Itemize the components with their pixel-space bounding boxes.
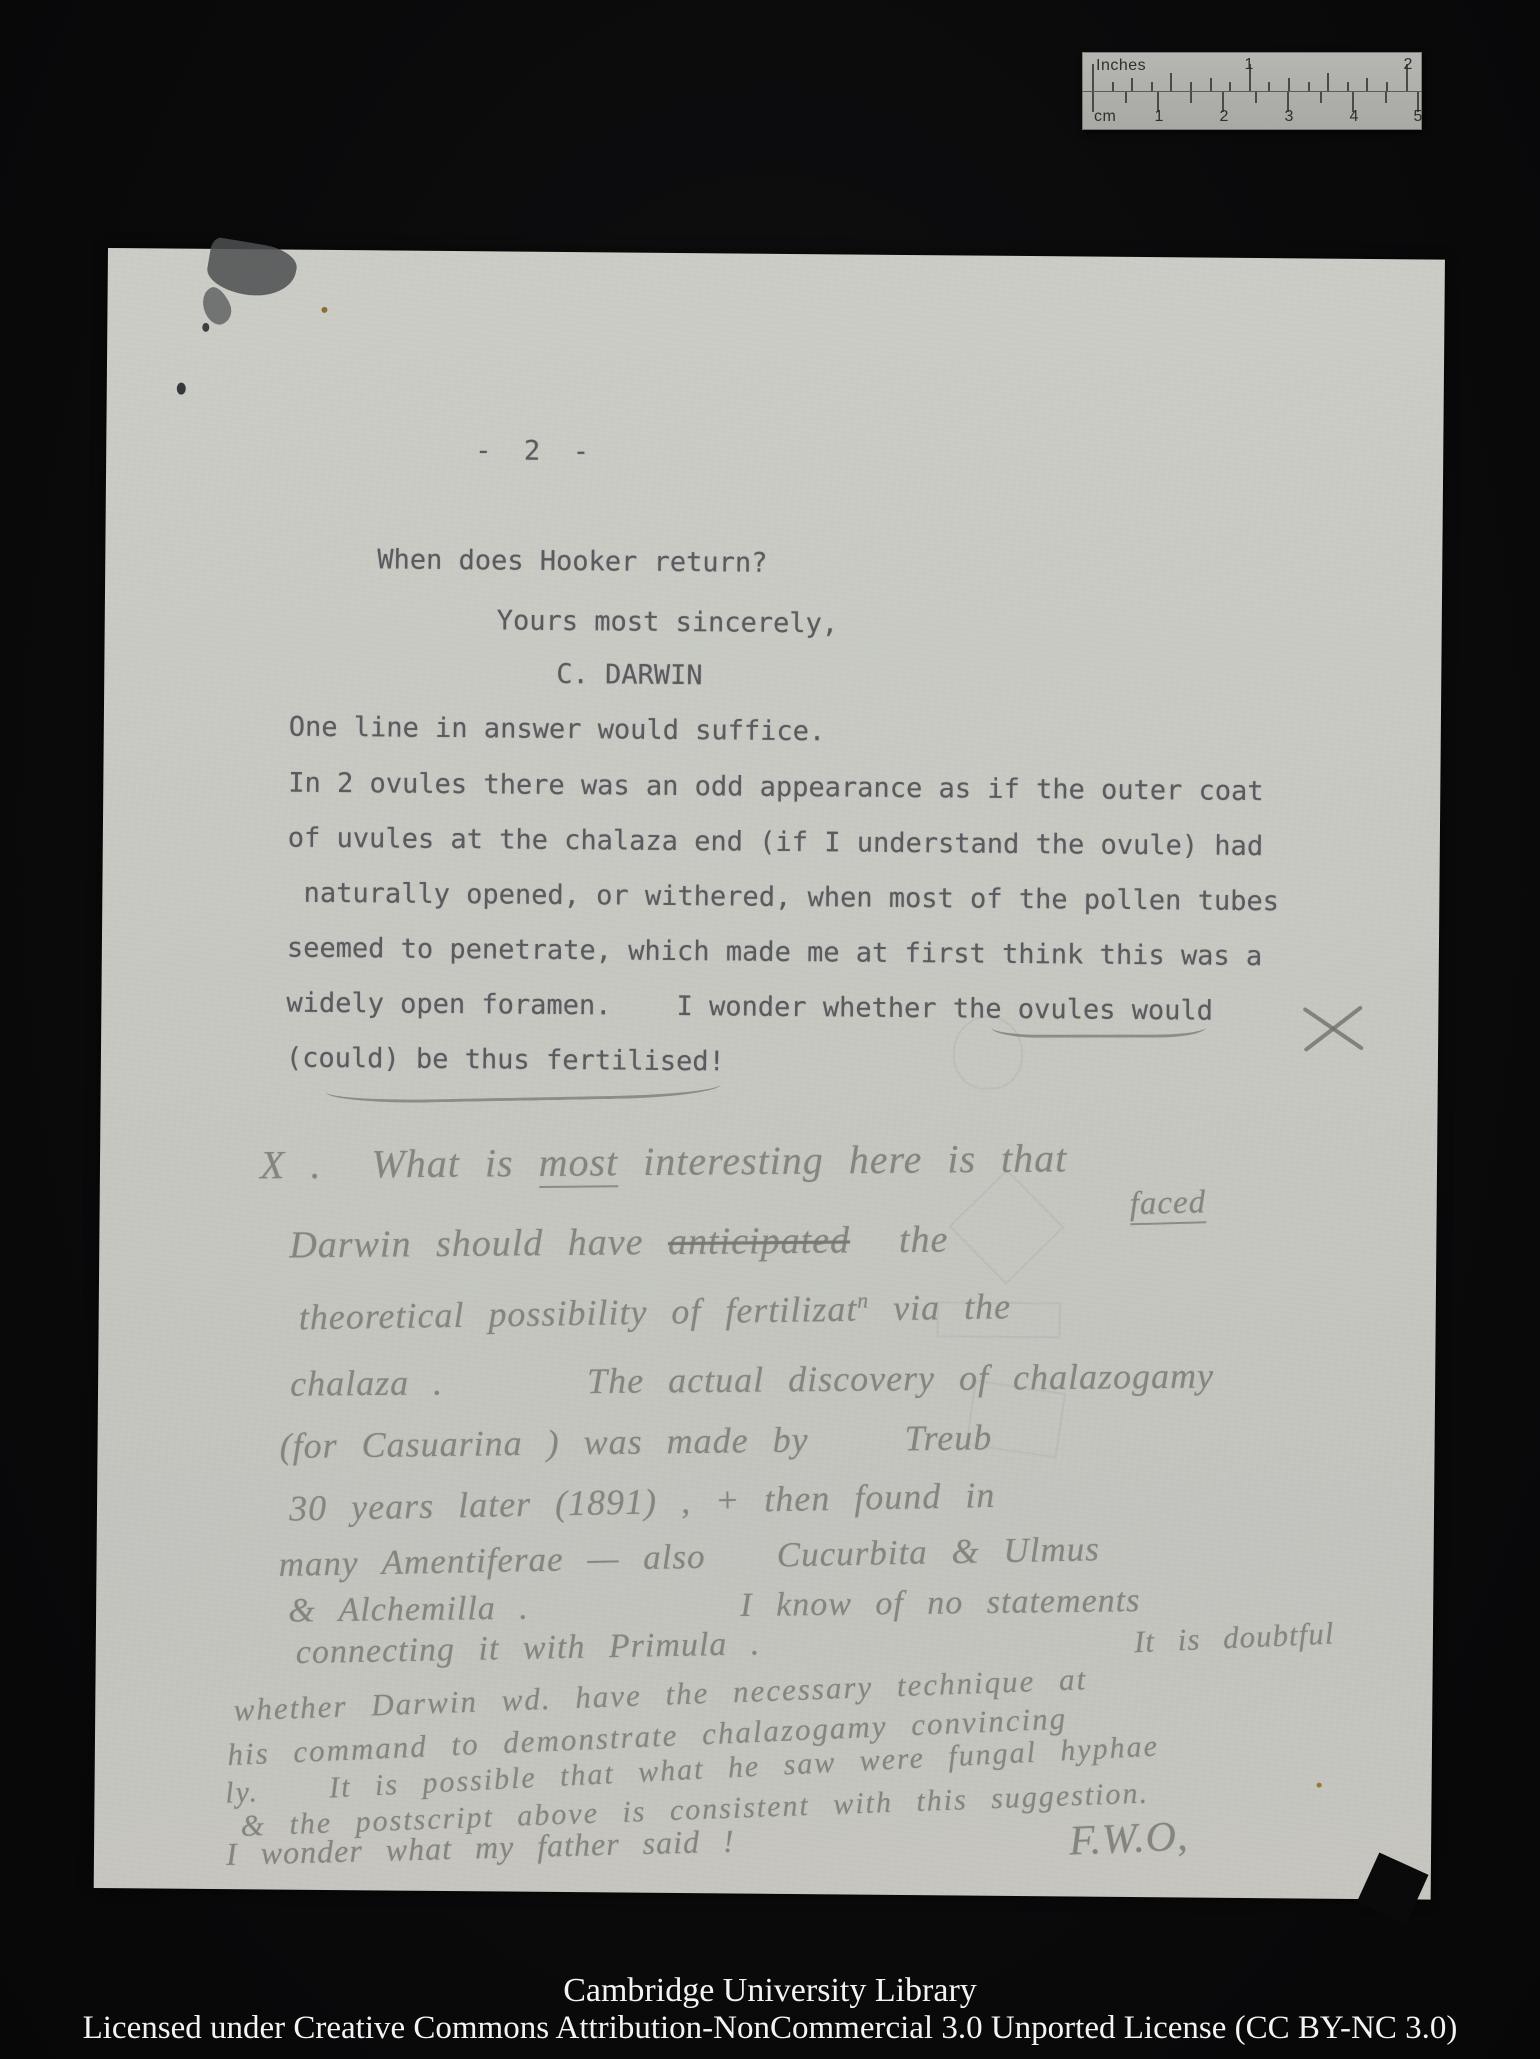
handwriting-line: 30 years later (1891) , + then found in xyxy=(289,1474,996,1530)
ruler-inches-label: Inches xyxy=(1096,57,1146,75)
stain-dot xyxy=(1317,1783,1322,1788)
typed-line: When does Hooker return? xyxy=(377,543,767,580)
ruler-cm-label: cm xyxy=(1094,108,1116,126)
ruler-inch-number: 1 xyxy=(1245,56,1254,74)
measuring-ruler: Inches 1 2 cm 1 2 3 4 5 xyxy=(1082,52,1422,130)
footer-license: Licensed under Creative Commons Attribut… xyxy=(0,2010,1540,2047)
handwriting-line: connecting it with Primula . xyxy=(295,1625,760,1672)
stain-dot xyxy=(321,307,327,313)
ruler-baseline xyxy=(1082,91,1422,92)
typed-line: One line in answer would suffice. xyxy=(289,711,826,750)
typed-line: naturally opened, or withered, when most… xyxy=(287,877,1279,920)
pencil-underline-ovules xyxy=(991,1016,1206,1037)
ruler-cm-number: 2 xyxy=(1220,108,1229,126)
typed-line: seemed to penetrate, which made me at fi… xyxy=(287,932,1263,975)
ruler-cm-scale xyxy=(1082,92,1422,130)
stain-dot xyxy=(202,323,209,332)
handwriting-line: X . What is most interesting here is tha… xyxy=(260,1134,1068,1188)
handwriting-line: Darwin should have anticipated the xyxy=(289,1218,948,1268)
ruler-cm-number: 3 xyxy=(1285,108,1294,126)
typed-line: Yours most sincerely, xyxy=(497,604,839,641)
handwriting-line: It is doubtful xyxy=(1133,1616,1335,1661)
scan-page: Inches 1 2 cm 1 2 3 4 5 - 2 - When does … xyxy=(0,0,1540,2059)
annotation-lead: X . xyxy=(260,1142,322,1188)
struck-word: anticipated xyxy=(668,1219,850,1263)
typed-line: C. DARWIN xyxy=(556,658,703,693)
handwriting-line: & Alchemilla . I know of no statements xyxy=(288,1582,1141,1630)
letter-page: - 2 - When does Hooker return? Yours mos… xyxy=(94,248,1445,1900)
ruler-cm-number: 1 xyxy=(1155,108,1164,126)
handwriting-line: many Amentiferae — also Cucurbita & Ulmu… xyxy=(278,1529,1100,1585)
page-number: - 2 - xyxy=(475,434,589,469)
pencil-underline-fertilised xyxy=(325,1072,720,1105)
ruler-inch-number: 2 xyxy=(1404,56,1413,74)
underlined-word: most xyxy=(538,1139,618,1188)
typed-line: In 2 ovules there was an odd appearance … xyxy=(288,767,1264,810)
ruler-cm-number: 4 xyxy=(1350,108,1359,126)
handwriting-line: theoretical possibility of fertilizatn v… xyxy=(298,1285,1011,1338)
stain-dot xyxy=(177,383,186,395)
annotator-signature: F.W.O, xyxy=(1068,1812,1189,1865)
typed-line: of uvules at the chalaza end (if I under… xyxy=(288,822,1264,865)
ruler-cm-number: 5 xyxy=(1414,108,1423,126)
paper-notch xyxy=(1357,1853,1429,1925)
embossed-watermark xyxy=(949,1169,1065,1285)
handwriting-line: chalaza . The actual discovery of chalaz… xyxy=(290,1355,1214,1405)
handwriting-insertion: faced xyxy=(1129,1184,1206,1223)
handwriting-line: (for Casuarina ) was made by Treub xyxy=(279,1416,992,1467)
footer-credit: Cambridge University Library xyxy=(0,1972,1540,2010)
x-pencil-mark xyxy=(1297,1000,1370,1059)
